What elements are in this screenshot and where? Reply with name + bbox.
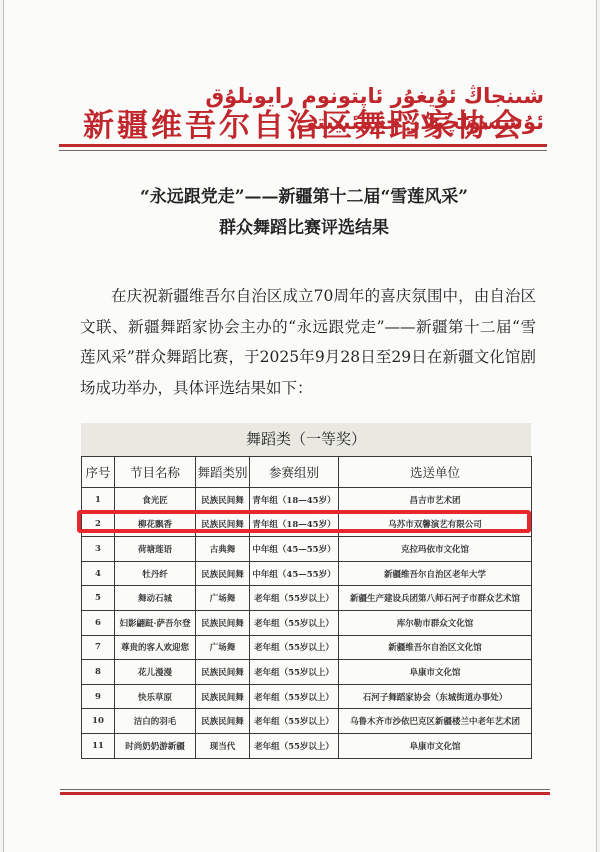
- cell-index: 4: [82, 561, 115, 586]
- cell-age-group: 老年组（55岁以上）: [250, 709, 339, 734]
- cell-age-group: 老年组（55岁以上）: [250, 610, 339, 635]
- cell-dance-category: 现当代: [196, 733, 250, 758]
- document-page: شىنجاڭ ئۇيغۇر ئاپتونوم رايونلۇق ئۇسسۇلچى…: [3, 0, 597, 852]
- cell-dance-category: 民族民间舞: [196, 684, 250, 709]
- table-row: 9 快乐草原 民族民间舞 老年组（55岁以上） 石河子舞蹈家协会（东城街道办事处…: [82, 684, 532, 709]
- results-table-body: 1 食光匠 民族民间舞 青年组（18—45岁） 昌吉市艺术团 2 柳花飘香 民族…: [82, 488, 532, 759]
- cell-dance-category: 广场舞: [196, 635, 250, 660]
- cell-submitting-unit: 新疆维吾尔自治区老年大学: [339, 561, 532, 586]
- cell-index: 10: [82, 709, 115, 734]
- table-row: 4 牡丹纤 民族民间舞 中年组（45—55岁） 新疆维吾尔自治区老年大学: [82, 561, 532, 586]
- cell-program-name: 花儿漫漫: [115, 660, 196, 685]
- cell-submitting-unit: 昌吉市艺术团: [339, 488, 532, 513]
- cell-age-group: 中年组（45—55岁）: [250, 561, 339, 586]
- cell-index: 11: [82, 733, 115, 758]
- cell-index: 5: [82, 586, 115, 611]
- cell-age-group: 中年组（45—55岁）: [250, 537, 339, 562]
- cell-program-name: 食光匠: [115, 488, 196, 513]
- table-row: 8 花儿漫漫 民族民间舞 老年组（55岁以上） 阜康市文化馆: [82, 660, 532, 685]
- cell-dance-category: 古典舞: [196, 537, 250, 562]
- cell-program-name: 荷塘莲语: [115, 537, 196, 562]
- cell-dance-category: 民族民间舞: [196, 512, 250, 537]
- cell-age-group: 老年组（55岁以上）: [250, 660, 339, 685]
- table-row: 1 食光匠 民族民间舞 青年组（18—45岁） 昌吉市艺术团: [82, 488, 532, 513]
- column-header-dance-category: 舞蹈类别: [196, 457, 250, 488]
- cell-submitting-unit: 阜康市文化馆: [339, 660, 532, 685]
- cell-program-name: 快乐草原: [115, 684, 196, 709]
- footer-divider-grey: [60, 789, 550, 790]
- cell-index: 1: [82, 488, 115, 513]
- cell-index: 2: [82, 512, 115, 537]
- document-title-line-2: 群众舞蹈比赛评选结果: [64, 213, 544, 238]
- cell-program-name: 牡丹纤: [115, 561, 196, 586]
- cell-submitting-unit: 石河子舞蹈家协会（东城街道办事处）: [339, 684, 532, 709]
- table-row: 11 时尚奶奶游新疆 现当代 老年组（55岁以上） 阜康市文化馆: [82, 733, 532, 758]
- cell-submitting-unit: 新疆维吾尔自治区文化馆: [339, 635, 532, 660]
- cell-index: 6: [82, 610, 115, 635]
- cell-program-name: 舞动石城: [115, 586, 196, 611]
- intro-paragraph: 在庆祝新疆维吾尔自治区成立70周年的喜庆氛围中，由自治区文联、新疆舞蹈家协会主办…: [80, 281, 536, 403]
- cell-dance-category: 民族民间舞: [196, 488, 250, 513]
- cell-index: 9: [82, 684, 115, 709]
- cell-age-group: 青年组（18—45岁）: [250, 512, 339, 537]
- cell-program-name: 洁白的羽毛: [115, 709, 196, 734]
- column-header-age-group: 参赛组别: [250, 457, 339, 488]
- table-row: 10 洁白的羽毛 民族民间舞 老年组（55岁以上） 乌鲁木齐市沙依巴克区新疆楼兰…: [82, 709, 532, 734]
- cell-submitting-unit: 库尔勒市群众文化馆: [339, 610, 532, 635]
- cell-submitting-unit: 克拉玛依市文化馆: [339, 537, 532, 562]
- cell-program-name: 时尚奶奶游新疆: [115, 733, 196, 758]
- cell-dance-category: 民族民间舞: [196, 709, 250, 734]
- table-header-row: 序号 节目名称 舞蹈类别 参赛组别 选送单位: [82, 457, 532, 488]
- cell-age-group: 老年组（55岁以上）: [250, 635, 339, 660]
- letterhead-org-name-chinese: 新疆维吾尔自治区舞蹈家协会: [66, 108, 542, 144]
- document-title-line-1: “永远跟党走”——新疆第十二届“雪莲风采”: [64, 182, 544, 207]
- cell-submitting-unit: 新疆生产建设兵团第八师石河子市群众艺术馆: [339, 586, 532, 611]
- cell-index: 7: [82, 635, 115, 660]
- cell-age-group: 老年组（55岁以上）: [250, 733, 339, 758]
- results-table-caption: 舞蹈类（一等奖）: [81, 423, 531, 456]
- footer-divider-red: [60, 792, 550, 795]
- cell-age-group: 老年组（55岁以上）: [250, 586, 339, 611]
- cell-dance-category: 民族民间舞: [196, 561, 250, 586]
- cell-index: 8: [82, 660, 115, 685]
- column-header-submitting-unit: 选送单位: [339, 457, 532, 488]
- cell-program-name: 柳花飘香: [115, 512, 196, 537]
- cell-program-name: 妇影翩跹·萨吾尔登: [115, 610, 196, 635]
- cell-age-group: 青年组（18—45岁）: [250, 488, 339, 513]
- column-header-index: 序号: [82, 457, 115, 488]
- column-header-program-name: 节目名称: [115, 457, 196, 488]
- cell-dance-category: 民族民间舞: [196, 660, 250, 685]
- cell-dance-category: 广场舞: [196, 586, 250, 611]
- letterhead-divider-grey: [59, 150, 547, 151]
- table-row: 6 妇影翩跹·萨吾尔登 民族民间舞 老年组（55岁以上） 库尔勒市群众文化馆: [82, 610, 532, 635]
- cell-program-name: 尊贵的客人欢迎您: [115, 635, 196, 660]
- cell-submitting-unit: 乌苏市双馨演艺有限公司: [339, 512, 532, 537]
- results-table-container: 舞蹈类（一等奖） 序号 节目名称 舞蹈类别 参赛组别 选送单位 1 食光匠 民族…: [81, 423, 531, 759]
- table-row: 3 荷塘莲语 古典舞 中年组（45—55岁） 克拉玛依市文化馆: [82, 537, 532, 562]
- letterhead-divider-red: [59, 144, 547, 147]
- results-table: 序号 节目名称 舞蹈类别 参赛组别 选送单位 1 食光匠 民族民间舞 青年组（1…: [81, 456, 532, 759]
- table-row: 7 尊贵的客人欢迎您 广场舞 老年组（55岁以上） 新疆维吾尔自治区文化馆: [82, 635, 532, 660]
- table-row-highlighted: 2 柳花飘香 民族民间舞 青年组（18—45岁） 乌苏市双馨演艺有限公司: [82, 512, 532, 537]
- cell-submitting-unit: 乌鲁木齐市沙依巴克区新疆楼兰中老年艺术团: [339, 709, 532, 734]
- table-row: 5 舞动石城 广场舞 老年组（55岁以上） 新疆生产建设兵团第八师石河子市群众艺…: [82, 586, 532, 611]
- cell-submitting-unit: 阜康市文化馆: [339, 733, 532, 758]
- cell-dance-category: 民族民间舞: [196, 610, 250, 635]
- cell-index: 3: [82, 537, 115, 562]
- cell-age-group: 老年组（55岁以上）: [250, 684, 339, 709]
